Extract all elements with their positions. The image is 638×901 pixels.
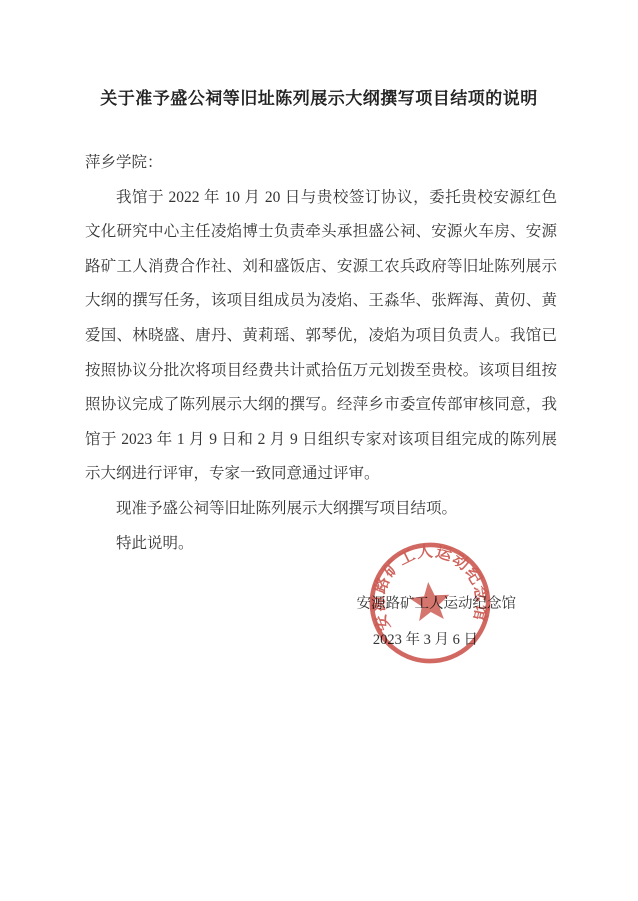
page-title: 关于准予盛公祠等旧址陈列展示大纲撰写项目结项的说明: [0, 84, 638, 109]
salutation: 萍乡学院：: [85, 146, 557, 181]
document-body: 萍乡学院： 我馆于 2022 年 10 月 20 日与贵校签订协议，委托贵校安源…: [85, 146, 557, 561]
official-seal-stamp: 安源路矿工人运动纪念馆: [358, 531, 501, 674]
scanned-document-page: 关于准予盛公祠等旧址陈列展示大纲撰写项目结项的说明 萍乡学院： 我馆于 2022…: [0, 0, 638, 901]
body-paragraph-1: 我馆于 2022 年 10 月 20 日与贵校签订协议，委托贵校安源红色文化研究…: [85, 181, 557, 492]
star-icon: [408, 580, 451, 622]
body-paragraph-2: 现准予盛公祠等旧址陈列展示大纲撰写项目结项。: [85, 492, 557, 527]
